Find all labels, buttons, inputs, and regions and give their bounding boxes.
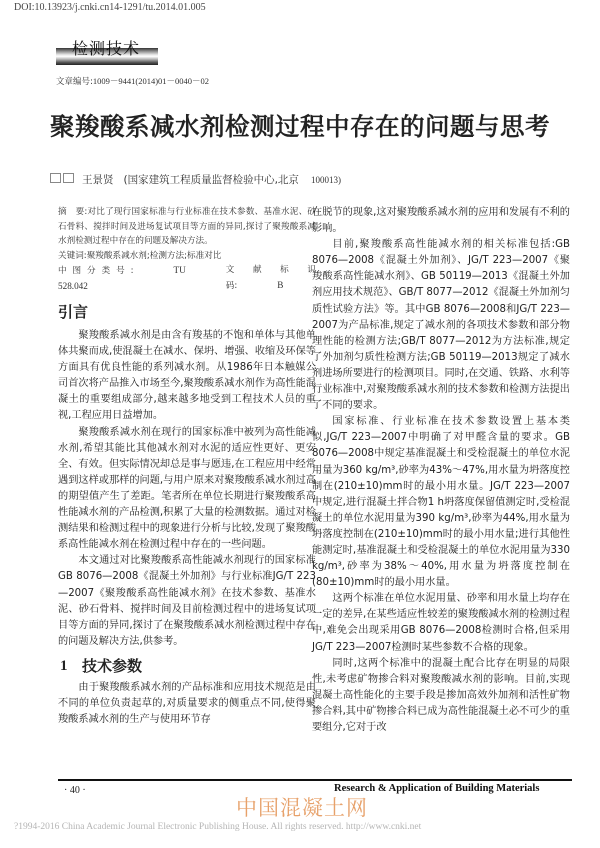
clc-number: 中图分类号:TU 528.042 (58, 263, 186, 294)
section-1-heading: 1 技术参数 (58, 656, 316, 676)
abstract: 摘 要:对比了现行国家标准与行业标准在技术参数、基准水泥、砂石骨料、搅拌时间及进… (58, 205, 316, 249)
missing-glyph-icon (63, 173, 74, 183)
doc-code-label: 文献标识码: (226, 265, 316, 291)
section-banner: 检测技术 (56, 36, 158, 66)
abstract-text: 对比了现行国家标准与行业标准在技术参数、基准水泥、砂石骨料、搅拌时间及进场复试项… (58, 207, 316, 246)
author-affiliation: (国家建筑工程质量监督检验中心,北京 (124, 172, 299, 187)
article-number-label: 文章编号: (56, 77, 93, 87)
doi-line: DOI:10.13923/j.cnki.cn14-1291/tu.2014.01… (14, 2, 206, 13)
section-1-number: 1 (60, 656, 82, 676)
author-name: 王景贤 (82, 172, 114, 187)
keywords: 关键词:聚羧酸系减水剂;检测方法;标准对比 (58, 249, 316, 264)
author-line: 王景贤 (国家建筑工程质量监督检验中心,北京 100013) (50, 172, 341, 187)
author-zip: 100013) (311, 175, 341, 185)
right-paragraph-1: 在脱节的现象,这对聚羧酸系减水剂的应用和发展有不利的影响。 (312, 205, 570, 237)
section-1-title: 技术参数 (82, 656, 142, 676)
missing-glyph-icon (50, 173, 61, 183)
intro-paragraph-1: 聚羧酸系减水剂是由含有羧基的不饱和单体与其他单体共聚而成,使混凝土在减水、保坍、… (58, 328, 316, 425)
classification-row: 中图分类号:TU 528.042 文献标识码:B (58, 263, 316, 294)
intro-paragraph-2: 聚羧酸系减水剂在现行的国家标准中被列为高性能减水剂,希望其能比其他减水剂对水泥的… (58, 425, 316, 554)
right-paragraph-2: 目前,聚羧酸系高性能减水剂的相关标准包括:GB 8076—2008《混凝土外加剂… (312, 237, 570, 414)
right-column: 在脱节的现象,这对聚羧酸系减水剂的应用和发展有不利的影响。 目前,聚羧酸系高性能… (312, 205, 570, 736)
watermark: 中国混凝土网 (236, 792, 368, 822)
intro-paragraph-3: 本文通过对比聚羧酸系高性能减水剂现行的国家标准GB 8076—2008《混凝土外… (58, 553, 316, 650)
doc-code-value: B (277, 280, 283, 290)
right-paragraph-3: 国家标准、行业标准在技术参数设置上基本类似,JG/T 223—2007中明确了对… (312, 414, 570, 591)
keywords-label: 关键词: (58, 251, 87, 261)
page-number: · 40 · (64, 785, 86, 796)
missing-glyph-icons (50, 173, 74, 183)
right-paragraph-5: 同时,这两个标准中的混凝土配合比存在明显的局限性,未考虑矿物掺合料对聚羧酸减水剂… (312, 656, 570, 736)
copyright-line: ?1994-2016 China Academic Journal Electr… (14, 822, 421, 832)
article-number-value: 1009－9441(2014)01－0040－02 (93, 76, 209, 86)
left-column: 摘 要:对比了现行国家标准与行业标准在技术参数、基准水泥、砂石骨料、搅拌时间及进… (58, 205, 316, 728)
section-label: 检测技术 (72, 36, 140, 59)
footer-divider (58, 779, 572, 781)
section-1-paragraph: 由于聚羧酸系减水剂的产品标准和应用技术规范是由不同的单位负责起草的,对质量要求的… (58, 680, 316, 728)
clc-label: 中图分类号: (58, 266, 134, 276)
document-code: 文献标识码:B (226, 263, 316, 294)
article-number: 文章编号:1009－9441(2014)01－0040－02 (56, 75, 209, 87)
abstract-label: 摘 要: (58, 207, 87, 217)
abstract-block: 摘 要:对比了现行国家标准与行业标准在技术参数、基准水泥、砂石骨料、搅拌时间及进… (58, 205, 316, 294)
right-paragraph-4: 这两个标准在单位水泥用量、砂率和用水量上均存在一定的差异,在某些适应性较差的聚羧… (312, 591, 570, 655)
article-title: 聚羧酸系减水剂检测过程中存在的问题与思考 (50, 108, 550, 143)
intro-heading: 引言 (58, 302, 316, 322)
keywords-text: 聚羧酸系减水剂;检测方法;标准对比 (87, 251, 222, 261)
